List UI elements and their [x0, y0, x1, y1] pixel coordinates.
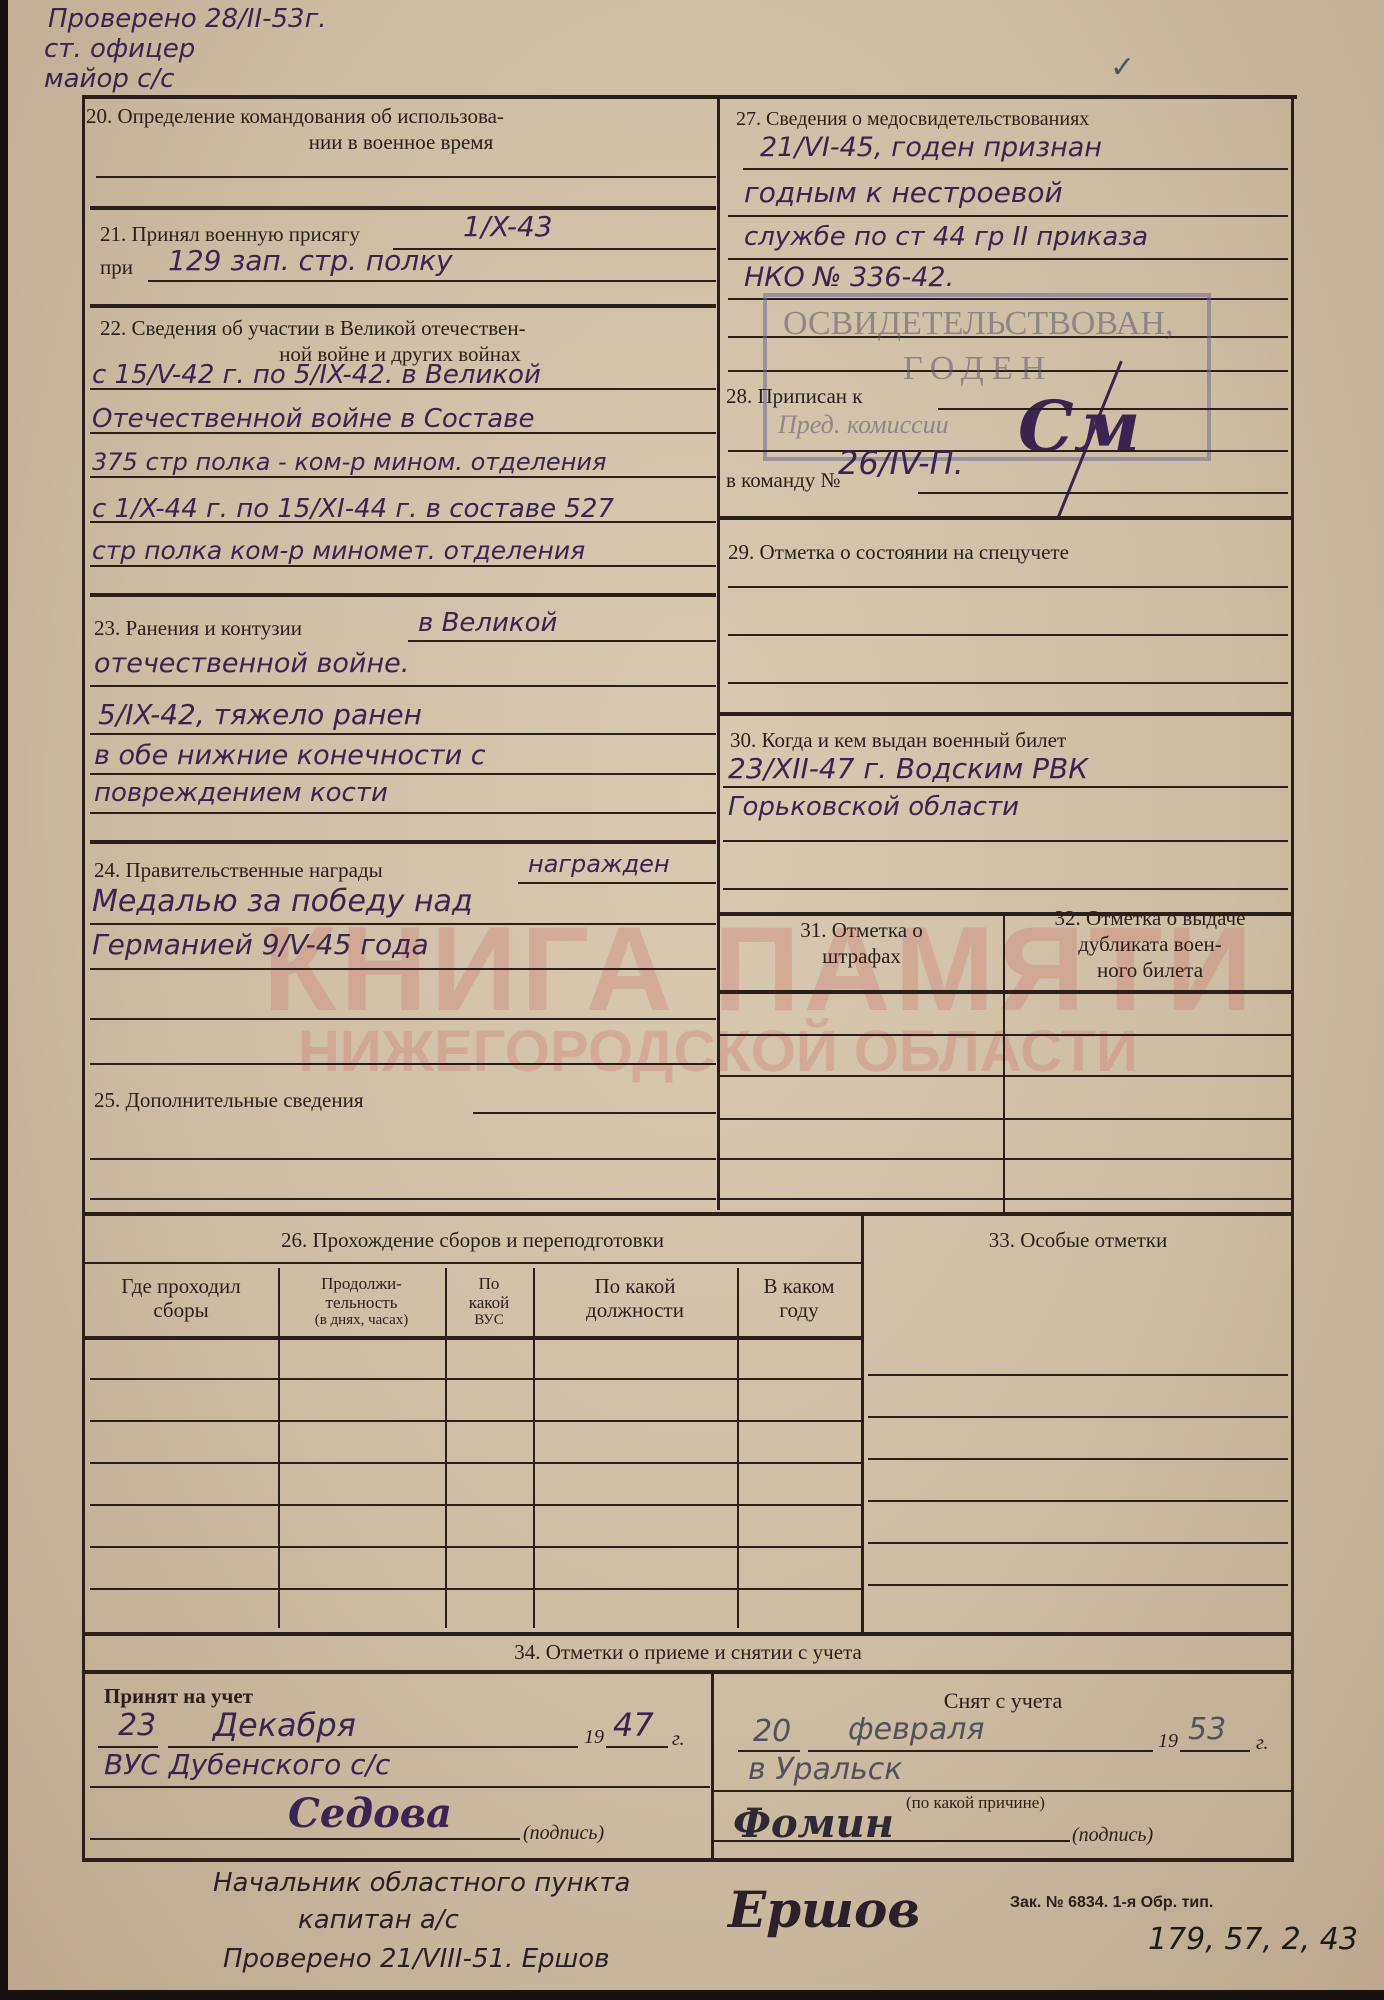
medical-line-1: 21/VI-45, годен признан: [760, 132, 1102, 163]
rule: [720, 1198, 1291, 1200]
section-31-label-cont: штрафах: [720, 944, 1003, 969]
training-row: [90, 1588, 861, 1590]
verification-note-line-3: майор с/с: [44, 64, 174, 94]
archive-reference: 179, 57, 2, 43: [1148, 1922, 1358, 1957]
section-34-title: 34. Отметки о приеме и снятии с учета: [84, 1640, 1292, 1665]
removed-reason-label: (по какой причине): [906, 1793, 1045, 1813]
verification-note-line-2: ст. офицер: [44, 34, 195, 64]
training-col-header: сборы: [84, 1298, 278, 1323]
training-row: [90, 1504, 861, 1506]
special-notes-row: [868, 1542, 1288, 1544]
wounds-line-2: 5/IX-42, тяжело ранен: [98, 698, 422, 731]
removed-label: Снят с учета: [714, 1688, 1292, 1714]
column-divider: [717, 95, 720, 1210]
special-notes-row: [868, 1374, 1288, 1376]
rule: [723, 840, 1288, 842]
accepted-day: 23: [118, 1708, 156, 1743]
training-col-header: В каком: [737, 1274, 861, 1299]
rule: [737, 1268, 739, 1628]
training-row: [90, 1546, 861, 1548]
training-row: [90, 1462, 861, 1464]
rule: [90, 432, 716, 434]
section-21-at-label: при: [100, 255, 133, 280]
rule: [714, 1840, 1070, 1842]
rule: [728, 215, 1288, 217]
rule: [518, 882, 716, 884]
section-25-label: 25. Дополнительные сведения: [94, 1088, 364, 1113]
frame-top: [82, 95, 1297, 99]
rule: [90, 593, 716, 597]
rule: [720, 990, 1291, 994]
id-issued-line-2: Горьковской области: [728, 792, 1019, 822]
rule: [938, 408, 1288, 410]
footer-note-line-2: капитан а/с: [298, 1905, 459, 1935]
training-col-header: какой: [445, 1293, 533, 1313]
rule: [90, 1198, 716, 1200]
stamp-signature: См: [1018, 385, 1140, 468]
section-27-label: 27. Сведения о медосвидетельствованиях: [736, 108, 1089, 131]
training-col-header: тельность: [278, 1293, 445, 1313]
medical-line-3: службе по ст 44 гр II приказа: [744, 222, 1148, 252]
rule: [90, 1786, 710, 1788]
rule: [720, 516, 1291, 520]
rule: [84, 1262, 861, 1264]
rule: [533, 1268, 535, 1628]
rule: [82, 1212, 1294, 1216]
war-service-line-2: Отечественной войне в Составе: [92, 404, 535, 434]
removed-day: 20: [753, 1714, 791, 1749]
awards-line-1: Медалью за победу над: [92, 884, 473, 919]
section-29-label: 29. Отметка о состоянии на спецучете: [728, 540, 1069, 565]
training-col-header: году: [737, 1298, 861, 1323]
wounds-line-4: повреждением кости: [94, 778, 388, 808]
section-28-team-label: в команду №: [726, 468, 841, 493]
section-26-title: 26. Прохождение сборов и переподготовки: [84, 1228, 861, 1253]
accepted-signature: Седова: [288, 1790, 452, 1837]
frame-left: [82, 95, 85, 1862]
rule: [90, 388, 716, 390]
rule: [148, 280, 716, 282]
war-service-line-3: 375 стр полка - ком-р мином. отделения: [92, 448, 606, 476]
removed-year-prefix: 19: [1158, 1730, 1178, 1753]
rule: [720, 1034, 1291, 1036]
training-row: [90, 1420, 861, 1422]
rule: [723, 786, 1288, 788]
rule: [1180, 1750, 1250, 1752]
section-24-label: 24. Правительственные награды: [94, 858, 383, 883]
rule: [90, 1838, 520, 1840]
rule: [728, 634, 1288, 636]
rule: [720, 1118, 1291, 1120]
footer-note-line-3: Проверено 21/VIII-51. Ершов: [223, 1944, 610, 1974]
removed-year-suffix: г.: [1256, 1732, 1269, 1755]
accepted-year: 47: [613, 1706, 654, 1744]
section-32-label-cont2: ного билета: [1006, 958, 1294, 983]
rule: [90, 476, 716, 478]
removed-month: февраля: [848, 1712, 984, 1747]
war-service-line-4: с 1/X-44 г. по 15/XI-44 г. в составе 527: [92, 494, 614, 524]
rule: [90, 304, 716, 308]
stamp-line-2: ГОДЕН: [903, 350, 1053, 388]
rule: [728, 258, 1288, 260]
rule: [90, 565, 716, 567]
rule: [714, 1790, 1292, 1792]
footer-note-line-1: Начальник областного пункта: [213, 1868, 630, 1898]
rule: [445, 1268, 447, 1628]
rule: [728, 450, 1288, 452]
rule: [90, 968, 716, 970]
rule: [90, 733, 716, 735]
team-number: 26/IV-П.: [838, 444, 964, 482]
rule: [84, 1670, 1292, 1674]
training-col-header: должности: [533, 1298, 737, 1323]
training-col-header: Продолжи-: [278, 1274, 445, 1294]
rule: [96, 176, 716, 178]
section-33-title: 33. Особые отметки: [864, 1228, 1292, 1253]
section-32-label: 32. Отметка о выдаче: [1006, 906, 1294, 931]
accepted-place: ВУС Дубенского с/с: [104, 1748, 390, 1781]
section-23-label: 23. Ранения и контузии: [94, 616, 302, 641]
frame-bottom: [82, 1858, 1294, 1862]
accepted-signature-label: (подпись): [523, 1822, 604, 1845]
rule: [90, 1018, 716, 1020]
training-col-header: Где проходил: [84, 1274, 278, 1299]
accepted-year-prefix: 19: [584, 1726, 604, 1749]
section-28-label: 28. Приписан к: [726, 384, 862, 409]
check-mark-icon: ✓: [1110, 50, 1135, 85]
military-id-card-page: КНИГА ПАМЯТИ НИЖЕГОРОДСКОЙ ОБЛАСТИ Прове…: [8, 0, 1384, 1990]
section-20-label: 20. Определение командования об использо…: [86, 104, 504, 129]
verification-note-line-1: Проверено 28/II-53г.: [48, 4, 327, 34]
rule: [720, 1158, 1291, 1160]
accepted-month: Декабря: [213, 1706, 356, 1744]
section-32-label-cont: дубликата воен-: [1006, 932, 1294, 957]
training-col-header: ВУС: [445, 1312, 533, 1329]
stamp-line-3: Пред. комиссии: [778, 410, 949, 440]
special-notes-row: [868, 1500, 1288, 1502]
rule: [84, 1336, 861, 1340]
rule: [90, 1063, 716, 1065]
rule: [278, 1268, 280, 1628]
medical-line-2: годным к нестроевой: [744, 176, 1063, 209]
wounds-line-3: в обе нижние конечности с: [94, 740, 486, 771]
special-notes-row: [868, 1458, 1288, 1460]
section-31-label: 31. Отметка о: [720, 918, 1003, 943]
rule: [720, 1075, 1291, 1077]
rule: [723, 888, 1288, 890]
rule: [90, 773, 716, 775]
war-service-line-1: с 15/V-42 г. по 5/IX-42. в Великой: [92, 360, 541, 390]
medical-line-4: НКО № 336-42.: [744, 262, 954, 293]
training-row: [90, 1378, 861, 1380]
war-service-line-5: стр полка ком-р миномет. отделения: [92, 536, 585, 565]
awards-first: награжден: [528, 850, 670, 878]
rule: [90, 1158, 716, 1160]
rule: [90, 685, 716, 687]
special-notes-row: [868, 1416, 1288, 1418]
rule: [720, 712, 1291, 716]
rule: [728, 586, 1288, 588]
removed-year: 53: [1188, 1712, 1226, 1747]
rule: [1003, 912, 1005, 1212]
training-col-header: По какой: [533, 1274, 737, 1299]
rule: [90, 521, 716, 523]
rule: [473, 1112, 716, 1114]
oath-unit: 129 зап. стр. полку: [168, 244, 453, 277]
removed-reason: в Уральск: [748, 1752, 902, 1787]
rule: [861, 1212, 864, 1632]
wounds-first: в Великой: [418, 608, 557, 638]
rule: [728, 682, 1288, 684]
stamp-line-1: ОСВИДЕТЕЛЬСТВОВАН,: [783, 305, 1174, 343]
rule: [606, 1746, 668, 1748]
rule: [90, 923, 716, 925]
accepted-year-suffix: г.: [672, 1728, 685, 1751]
wounds-line-1: отечественной войне.: [94, 648, 409, 679]
section-30-label: 30. Когда и кем выдан военный билет: [730, 728, 1066, 753]
rule: [82, 1632, 1294, 1636]
awards-line-2: Германией 9/V-45 года: [92, 928, 429, 961]
print-code: Зак. № 6834. 1-я Обр. тип.: [1010, 1894, 1213, 1912]
rule: [918, 492, 1288, 494]
removed-signature-label: (подпись): [1072, 1824, 1153, 1847]
rule: [408, 640, 716, 642]
section-22-label: 22. Сведения об участии в Великой отечес…: [100, 316, 526, 341]
footer-signature: Ершов: [728, 1880, 920, 1939]
id-issued-line-1: 23/XII-47 г. Водским РВК: [728, 752, 1088, 785]
rule: [90, 812, 716, 814]
rule: [743, 168, 1288, 170]
training-col-header: По: [445, 1274, 533, 1294]
special-notes-row: [868, 1584, 1288, 1586]
oath-date: 1/X-43: [463, 210, 553, 243]
training-col-header: (в днях, часах): [278, 1312, 445, 1329]
rule: [90, 840, 716, 844]
section-20-label-cont: нии в военное время: [86, 130, 716, 155]
rule: [90, 206, 716, 210]
